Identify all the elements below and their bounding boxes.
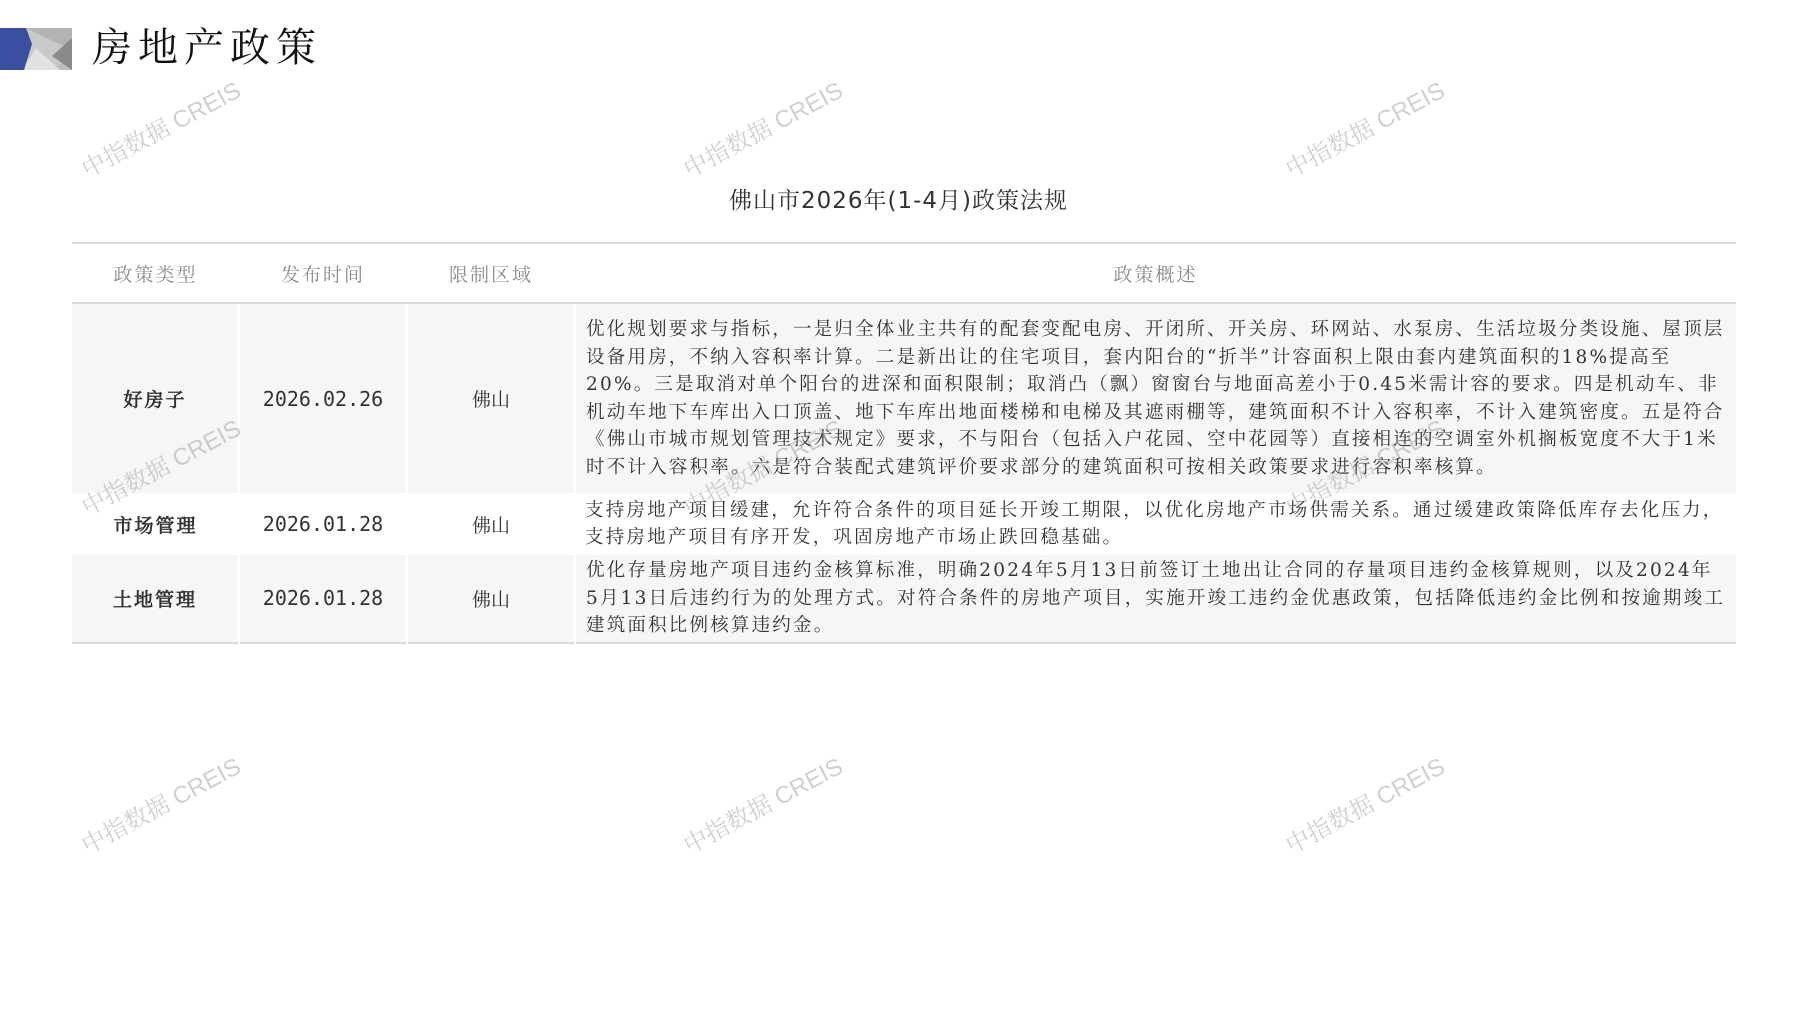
logo-decoration xyxy=(0,28,72,70)
policy-type-cell: 市场管理 xyxy=(72,493,239,555)
watermark: 中指数据 CREIS xyxy=(74,747,246,861)
policy-type-cell: 好房子 xyxy=(72,303,239,493)
region-cell: 佛山 xyxy=(407,493,575,555)
table-header-row: 政策类型 发布时间 限制区域 政策概述 xyxy=(72,243,1736,303)
policy-type-cell: 土地管理 xyxy=(72,555,239,643)
table-caption: 佛山市2026年(1-4月)政策法规 xyxy=(0,182,1797,215)
header-region: 限制区域 xyxy=(407,243,575,303)
policy-table: 政策类型 发布时间 限制区域 政策概述 好房子 2026.02.26 佛山 优化… xyxy=(72,242,1736,644)
watermark: 中指数据 CREIS xyxy=(676,747,848,861)
release-date-cell: 2026.01.28 xyxy=(239,555,407,643)
release-date-cell: 2026.02.26 xyxy=(239,303,407,493)
region-cell: 佛山 xyxy=(407,303,575,493)
summary-cell: 支持房地产项目缓建，允许符合条件的项目延长开竣工期限，以优化房地产市场供需关系。… xyxy=(575,493,1736,555)
table-row: 市场管理 2026.01.28 佛山 支持房地产项目缓建，允许符合条件的项目延长… xyxy=(72,493,1736,555)
region-cell: 佛山 xyxy=(407,555,575,643)
release-date-cell: 2026.01.28 xyxy=(239,493,407,555)
watermark: 中指数据 CREIS xyxy=(1278,747,1450,861)
summary-cell: 优化规划要求与指标，一是归全体业主共有的配套变配电房、开闭所、开关房、环网站、水… xyxy=(575,303,1736,493)
watermark: 中指数据 CREIS xyxy=(676,71,848,185)
header-summary: 政策概述 xyxy=(575,243,1736,303)
page-title: 房地产政策 xyxy=(92,20,322,76)
header-policy-type: 政策类型 xyxy=(72,243,239,303)
table-row: 好房子 2026.02.26 佛山 优化规划要求与指标，一是归全体业主共有的配套… xyxy=(72,303,1736,493)
header-release-date: 发布时间 xyxy=(239,243,407,303)
watermark: 中指数据 CREIS xyxy=(1278,71,1450,185)
table-row: 土地管理 2026.01.28 佛山 优化存量房地产项目违约金核算标准，明确20… xyxy=(72,555,1736,643)
summary-cell: 优化存量房地产项目违约金核算标准，明确2024年5月13日前签订土地出让合同的存… xyxy=(575,555,1736,643)
logo-shape-icon xyxy=(0,28,72,70)
watermark: 中指数据 CREIS xyxy=(74,71,246,185)
